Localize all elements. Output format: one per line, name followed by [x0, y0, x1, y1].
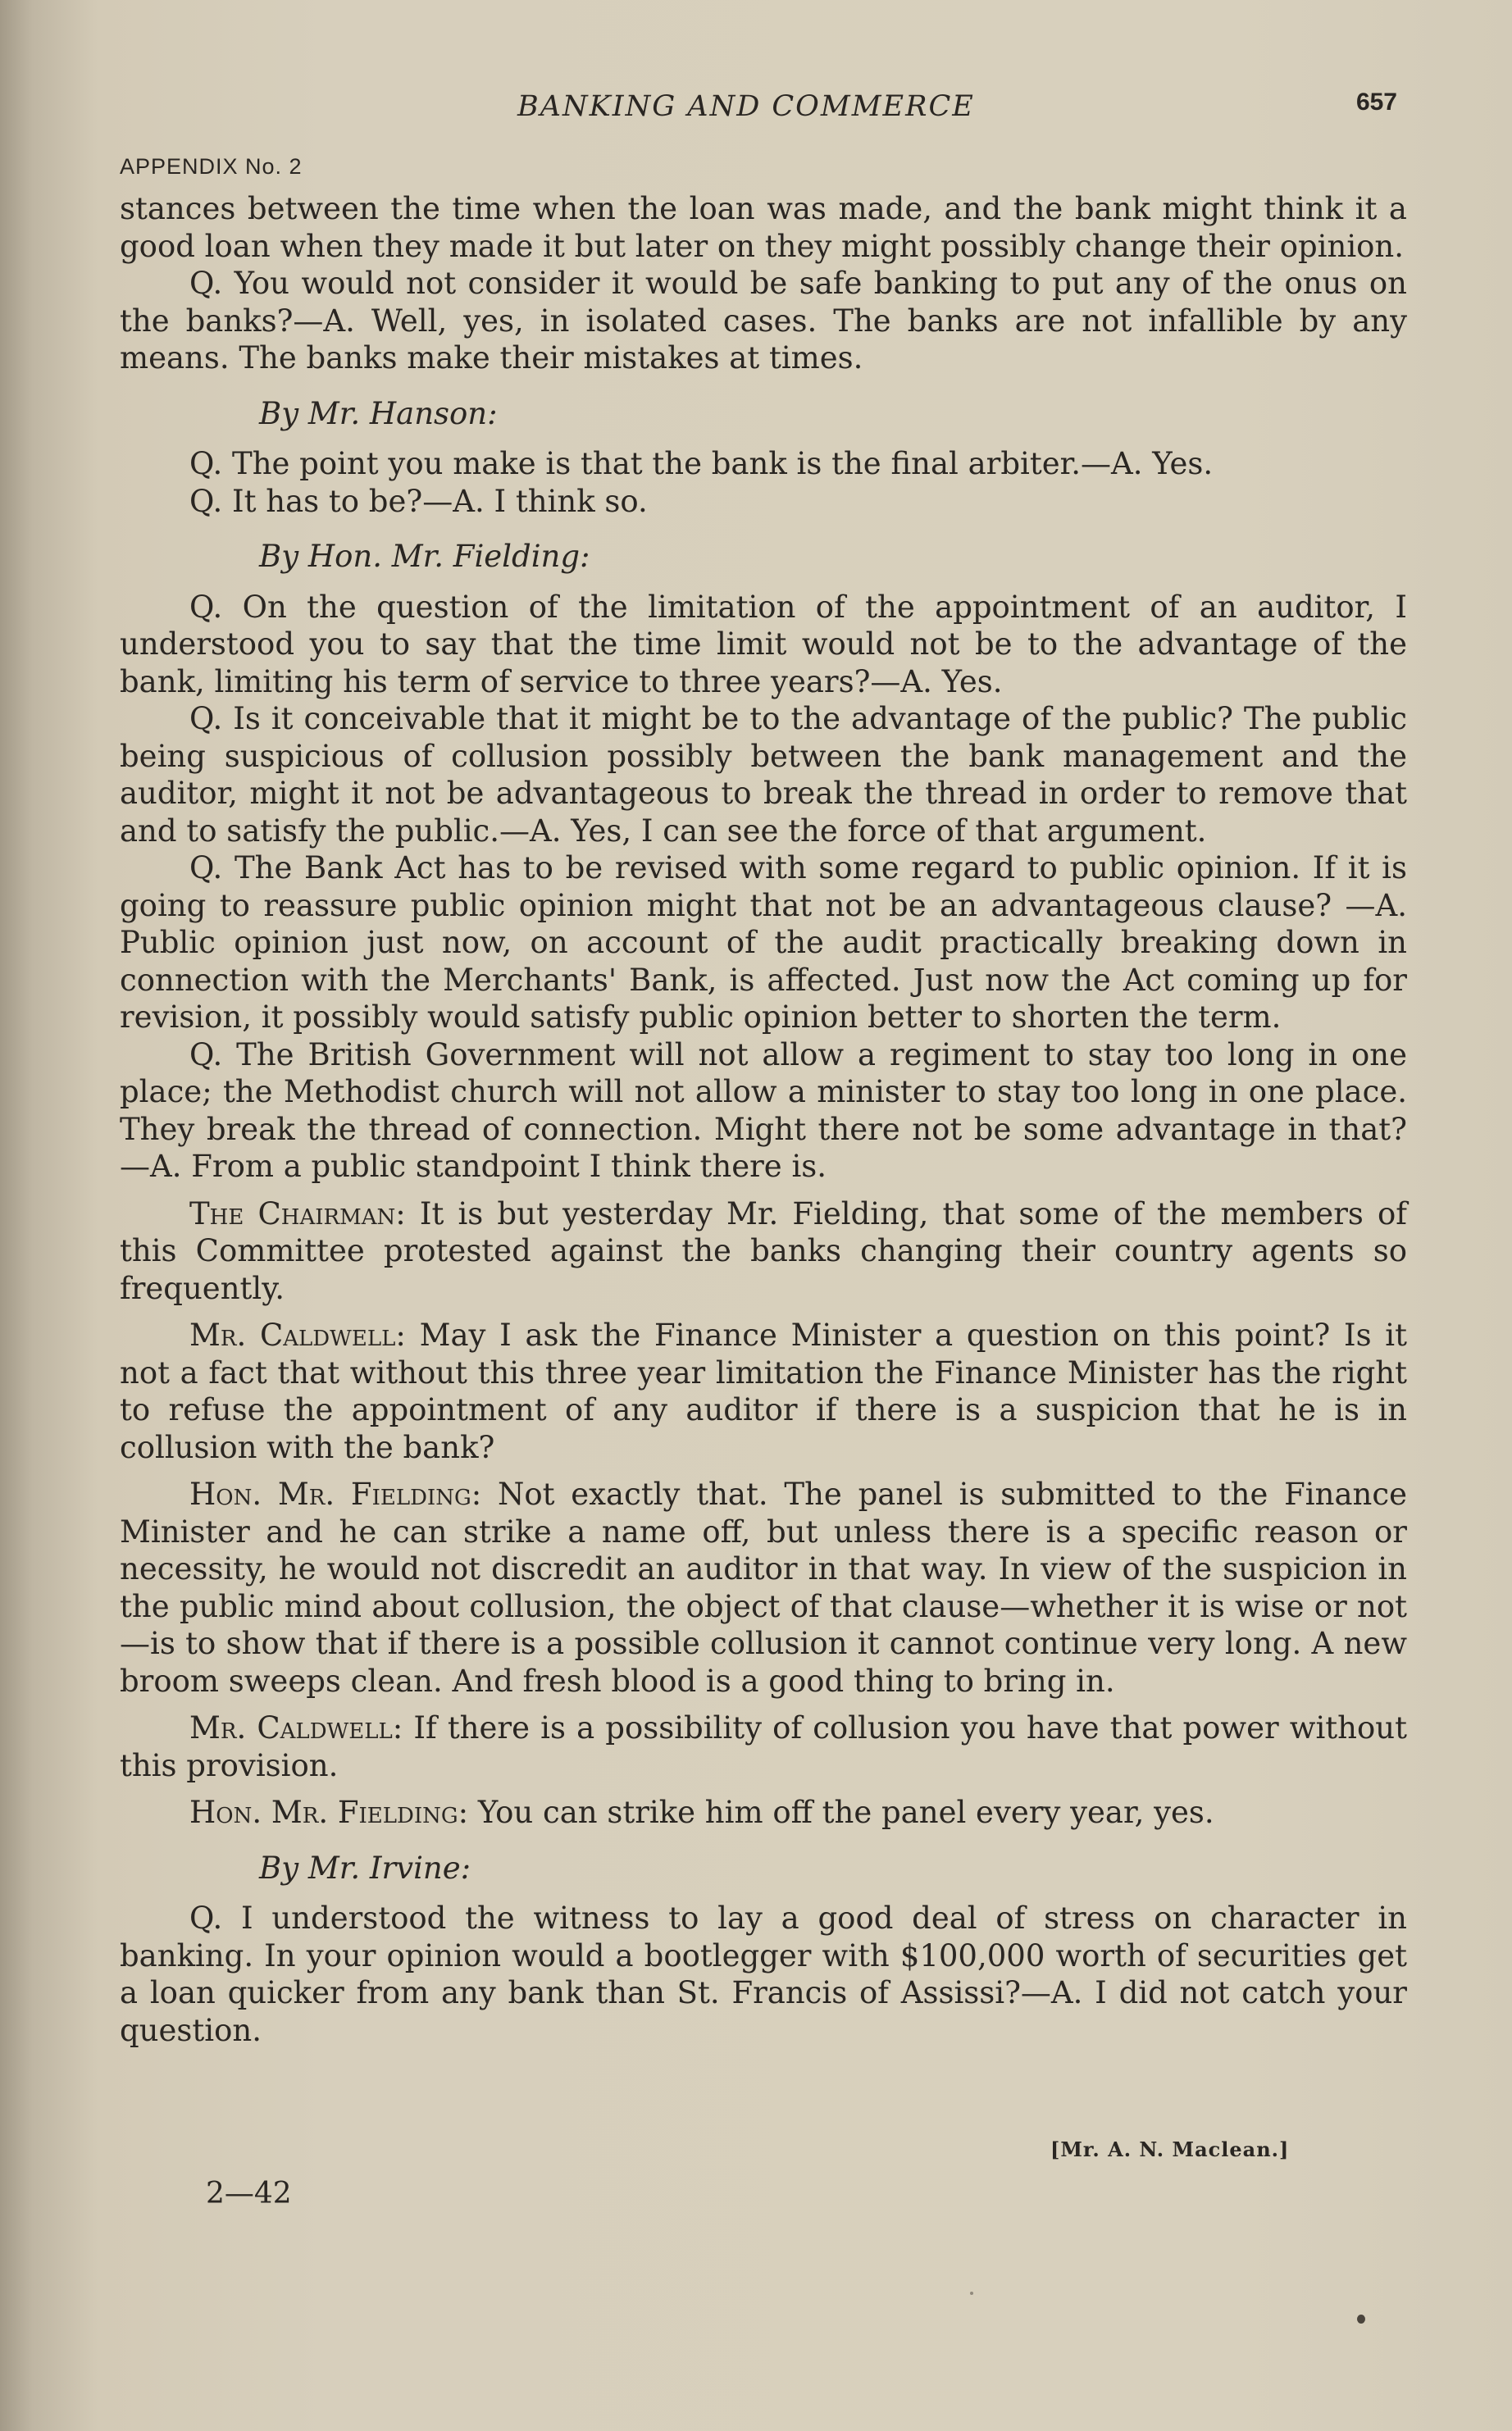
- running-head: BANKING AND COMMERCE 657: [120, 90, 1407, 131]
- paragraph-speech: Hon. Mr. Fielding: Not exactly that. The…: [120, 1476, 1407, 1700]
- paragraph: Q. The point you make is that the bank i…: [120, 445, 1407, 483]
- speech-text: You can strike him off the panel every y…: [468, 1795, 1214, 1830]
- ink-speck: [970, 2292, 973, 2295]
- paragraph-speech: Hon. Mr. Fielding: You can strike him of…: [120, 1794, 1407, 1832]
- byline: By Mr. Hanson:: [259, 395, 1407, 433]
- paragraph-speech: Mr. Caldwell: May I ask the Finance Mini…: [120, 1317, 1407, 1466]
- paragraph-speech: Mr. Caldwell: If there is a possibility …: [120, 1709, 1407, 1784]
- speaker-name: Hon. Mr. Fielding:: [189, 1795, 468, 1830]
- speaker-name: Mr. Caldwell:: [189, 1710, 403, 1746]
- appendix-label: APPENDIX No. 2: [120, 154, 303, 180]
- signature-mark: 2—42: [206, 2177, 292, 2210]
- speaker-name: Mr. Caldwell:: [189, 1318, 406, 1353]
- paragraph: Q. Is it conceivable that it might be to…: [120, 700, 1407, 849]
- speaker-attribution: [Mr. A. N. Maclean.]: [1050, 2137, 1289, 2161]
- speaker-name: Hon. Mr. Fielding:: [189, 1477, 481, 1512]
- paragraph: Q. It has to be?—A. I think so.: [120, 483, 1407, 521]
- paragraph: Q. The British Government will not allow…: [120, 1036, 1407, 1186]
- paragraph-speech: The Chairman: It is but yesterday Mr. Fi…: [120, 1195, 1407, 1308]
- paragraph: stances between the time when the loan w…: [120, 190, 1407, 265]
- page-number: 657: [1356, 89, 1397, 116]
- byline: By Mr. Irvine:: [259, 1850, 1407, 1887]
- speaker-name: The Chairman:: [189, 1196, 406, 1231]
- byline: By Hon. Mr. Fielding:: [259, 538, 1407, 576]
- ink-speck: [1357, 2315, 1365, 2324]
- paragraph: Q. You would not consider it would be sa…: [120, 265, 1407, 377]
- paragraph: Q. The Bank Act has to be revised with s…: [120, 849, 1407, 1036]
- running-title: BANKING AND COMMERCE: [517, 90, 975, 123]
- body-text: stances between the time when the loan w…: [120, 190, 1407, 2049]
- paragraph: Q. On the question of the limitation of …: [120, 589, 1407, 701]
- paragraph: Q. I understood the witness to lay a goo…: [120, 1900, 1407, 2049]
